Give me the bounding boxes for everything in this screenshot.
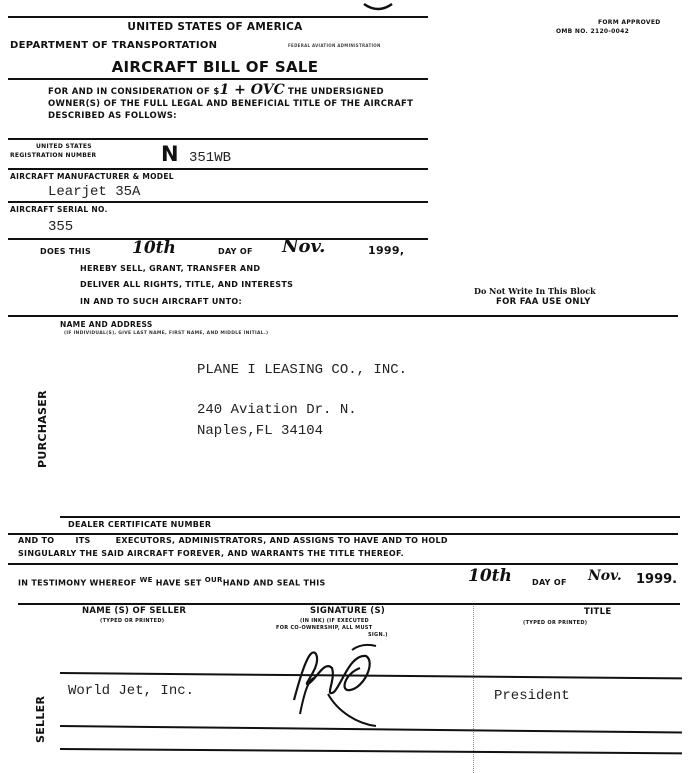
purchaser-name[interactable]: PLANE I LEASING CO., INC.: [197, 362, 407, 378]
purchaser-address-line-2[interactable]: Naples,FL 34104: [197, 423, 323, 439]
transfer-month[interactable]: Nov.: [282, 236, 325, 257]
testimony-our: OUR: [205, 576, 223, 584]
testimony-day[interactable]: 10th: [468, 566, 512, 586]
signature-column-hint-2: FOR CO-OWNERSHIP, ALL MUST: [276, 625, 372, 631]
name-address-hint: (IF INDIVIDUAL(S), GIVE LAST NAME, FIRST…: [64, 331, 268, 336]
seller-name-column-hint: (TYPED OR PRINTED): [100, 618, 164, 624]
faa-notice-line-2: FOR FAA USE ONLY: [496, 297, 591, 307]
testimony-year: 1999.: [636, 572, 677, 587]
holding-line-1: AND TO ITS EXECUTORS, ADMINISTRATORS, AN…: [18, 536, 448, 545]
manufacturer-value[interactable]: Learjet 35A: [48, 184, 140, 200]
form-approved: FORM APPROVED: [598, 19, 661, 26]
testimony-we: WE: [140, 576, 153, 584]
transfer-line-3: IN AND TO SUCH AIRCRAFT UNTO:: [80, 297, 242, 306]
seller-title[interactable]: President: [494, 688, 570, 704]
transfer-line-2: DELIVER ALL RIGHTS, TITLE, AND INTERESTS: [80, 280, 293, 289]
faa-notice-line-1: Do Not Write In This Block: [474, 286, 596, 296]
seller-side-label: SELLER: [34, 688, 47, 750]
manufacturer-label: AIRCRAFT MANUFACTURER & MODEL: [10, 172, 174, 181]
hole-punch-mark: [362, 0, 394, 14]
day-of-label: DAY OF: [218, 247, 253, 256]
serial-label: AIRCRAFT SERIAL No.: [10, 205, 108, 214]
does-this-label: DOES THIS: [40, 247, 91, 256]
transfer-line-1: HEREBY SELL, GRANT, TRANSFER AND: [80, 264, 260, 273]
registration-prefix: N: [161, 142, 179, 166]
purchaser-address-line-1[interactable]: 240 Aviation Dr. N.: [197, 402, 357, 418]
seller-name[interactable]: World Jet, Inc.: [68, 683, 194, 699]
purchaser-side-label: PURCHASER: [36, 382, 49, 477]
serial-value[interactable]: 355: [48, 219, 73, 235]
title-column-label: TITLE: [584, 607, 611, 617]
signature-column-label: SIGNATURE (S): [310, 606, 385, 616]
dealer-certificate-label: DEALER CERTIFICATE NUMBER: [68, 520, 211, 529]
holding-line-2: SINGULARLY THE SAID AIRCRAFT FOREVER, AN…: [18, 549, 404, 558]
consideration-text: FOR AND IN CONSIDERATION OF $1 + OVC THE…: [48, 84, 420, 122]
registration-label-2: REGISTRATION NUMBER: [10, 152, 96, 159]
seller-name-column-label: NAME (S) OF SELLER: [82, 606, 186, 616]
testimony-month[interactable]: Nov.: [588, 568, 622, 584]
department-heading: DEPARTMENT OF TRANSPORTATION: [10, 40, 217, 51]
signature-scrawl[interactable]: [280, 640, 400, 740]
testimony-day-of: DAY OF: [532, 578, 567, 587]
column-divider: [473, 606, 474, 773]
title-column-hint: (TYPED OR PRINTED): [523, 620, 587, 626]
consideration-amount: 1 + OVC: [220, 82, 285, 98]
agency-small: FEDERAL AVIATION ADMINISTRATION: [288, 43, 381, 48]
signature-column-hint-3: SIGN.): [368, 632, 388, 638]
form-title: AIRCRAFT BILL OF SALE: [0, 58, 430, 76]
signature-column-hint-1: (IN INK) (IF EXECUTED: [300, 618, 450, 624]
registration-label-1: UNITED STATES: [36, 143, 92, 150]
omb-number: OMB NO. 2120-0042: [556, 28, 629, 35]
registration-number[interactable]: 351WB: [189, 150, 231, 166]
name-address-label: NAME AND ADDRESS: [60, 320, 153, 329]
transfer-year: 1999,: [368, 244, 404, 257]
country-heading: UNITED STATES OF AMERICA: [0, 21, 430, 33]
testimony-line: IN TESTIMONY WHEREOF WE HAVE SET OURHAND…: [18, 576, 326, 588]
transfer-day[interactable]: 10th: [132, 238, 176, 258]
